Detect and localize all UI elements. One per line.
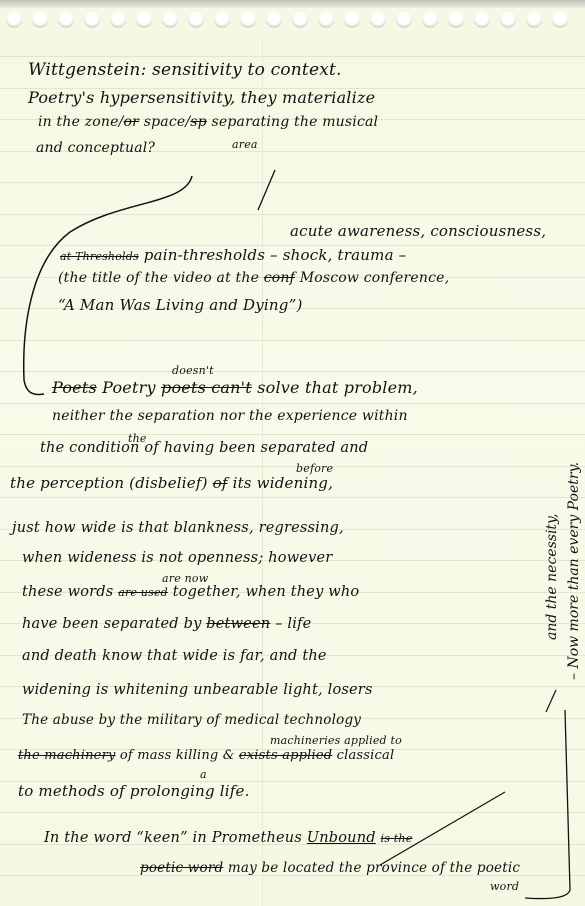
text-fragment: (the title of the video at the [58, 270, 259, 286]
struck-word: Poets [52, 378, 97, 397]
text-fragment: life. [220, 782, 250, 800]
text-fragment: Poetry [102, 378, 156, 397]
text-line: Wittgenstein: sensitivity to context. [28, 60, 342, 80]
struck-word: the machinery [18, 748, 116, 763]
text-fragment: In the word “keen” in Prometheus [44, 830, 302, 846]
underlined-word: Unbound [307, 830, 376, 846]
text-fragment: these words [22, 584, 113, 600]
inserted-word: machineries applied to [270, 734, 402, 747]
text-line: and conceptual? [36, 140, 155, 156]
inserted-word: word [490, 880, 519, 893]
text-line: widening is whitening unbearable light, … [22, 682, 373, 698]
inserted-word: doesn't [172, 364, 214, 377]
text-line: (the title of the video at the conf Mosc… [58, 270, 449, 286]
text-fragment: neither the separation nor the experienc… [52, 408, 408, 424]
text-fragment: have been separated by [22, 616, 201, 632]
text-fragment: its widening, [233, 474, 334, 492]
text-fragment: – life [275, 616, 311, 632]
struck-word: at Thresholds [60, 250, 139, 263]
text-fragment: The abuse by the military of medical tec… [22, 712, 361, 728]
text-fragment: to methods of prolonging [18, 782, 215, 800]
margin-note-text: and the necessity, [544, 513, 560, 640]
insertion: machineries applied to [270, 734, 402, 747]
struck-word: sp [190, 114, 207, 130]
text-line: the perception (disbelief) of its wideni… [10, 474, 333, 492]
text-line: and death know that wide is far, and the [22, 648, 327, 664]
inserted-word: a [200, 768, 207, 781]
text-line: at Thresholds pain-thresholds – shock, t… [60, 246, 406, 264]
struck-word: between [206, 616, 270, 632]
struck-word: exists applied [239, 748, 332, 763]
text-fragment: of the poetic [432, 860, 520, 876]
struck-word: are used [118, 586, 168, 599]
text-line: to methods of prolonging life. [18, 782, 250, 800]
text-fragment: just how wide is that blankness, regress… [12, 520, 344, 536]
text-poetry-hypersensitivity: Poetry's hypersensitivity, they material… [28, 88, 375, 107]
insertion: a [200, 768, 207, 781]
insertion: doesn't [172, 364, 214, 377]
inserted-word: area [232, 138, 258, 151]
text-line: The abuse by the military of medical tec… [22, 712, 361, 728]
struck-word: poetic word [140, 860, 223, 876]
text-fragment: may be located the province [228, 860, 427, 876]
struck-word: of [213, 474, 228, 492]
text-pain-thresholds: pain-thresholds – shock, trauma – [144, 246, 407, 264]
text-line: In the word “keen” in Prometheus Unbound… [44, 830, 412, 846]
margin-note-vertical: – Now more than every Poetry. [566, 462, 582, 680]
text-line: neither the separation nor the experienc… [52, 408, 408, 424]
text-line: in the zone/or space/sp separating the m… [38, 114, 378, 130]
struck-word: or [124, 114, 140, 130]
text-fragment: having been separated and [164, 440, 369, 456]
text-line: when wideness is not openness; however [22, 550, 332, 566]
text-line: “A Man Was Living and Dying”) [58, 296, 303, 314]
text-wittgenstein: Wittgenstein: sensitivity to context. [28, 60, 342, 80]
text-line: poetic word may be located the province … [140, 860, 520, 876]
text-fragment: when wideness is not openness; however [22, 550, 332, 566]
text-fragment: solve that problem, [257, 378, 418, 397]
text-fragment: space/ [144, 114, 191, 130]
text-line: the condition of having been separated a… [40, 440, 368, 456]
text-line: just how wide is that blankness, regress… [12, 520, 344, 536]
text-fragment: together, when they who [173, 584, 360, 600]
text-fragment: the condition of [40, 440, 159, 456]
insertion: word [490, 880, 519, 893]
insertion: area [232, 138, 258, 151]
struck-word: conf [264, 270, 295, 286]
text-line: Poetry's hypersensitivity, they material… [28, 88, 375, 107]
text-line: acute awareness, consciousness, [290, 222, 546, 240]
margin-note-vertical: and the necessity, [544, 513, 560, 640]
text-fragment: Moscow conference, [300, 270, 450, 286]
text-acute-awareness: acute awareness, consciousness, [290, 222, 546, 240]
text-line: these words are used together, when they… [22, 584, 359, 600]
text-video-title: “A Man Was Living and Dying”) [58, 296, 303, 314]
text-line: Poets Poetry poets can't solve that prob… [52, 378, 418, 397]
text-fragment: separating the musical [211, 114, 378, 130]
text-line: the machinery of mass killing & exists a… [18, 748, 394, 763]
text-fragment: and death know that wide is far, and the [22, 648, 327, 664]
text-fragment: of mass killing & [120, 748, 235, 763]
struck-word: is the [381, 832, 413, 845]
text-fragment: in the zone/ [38, 114, 124, 130]
margin-note-text: – Now more than every Poetry. [566, 462, 582, 680]
text-line: have been separated by between – life [22, 616, 311, 632]
struck-word: poets can't [161, 378, 252, 397]
text-fragment: classical [337, 748, 395, 763]
text-fragment: widening is whitening unbearable light, … [22, 682, 373, 698]
text-fragment: the perception (disbelief) [10, 474, 208, 492]
text-fragment: and conceptual? [36, 140, 155, 156]
